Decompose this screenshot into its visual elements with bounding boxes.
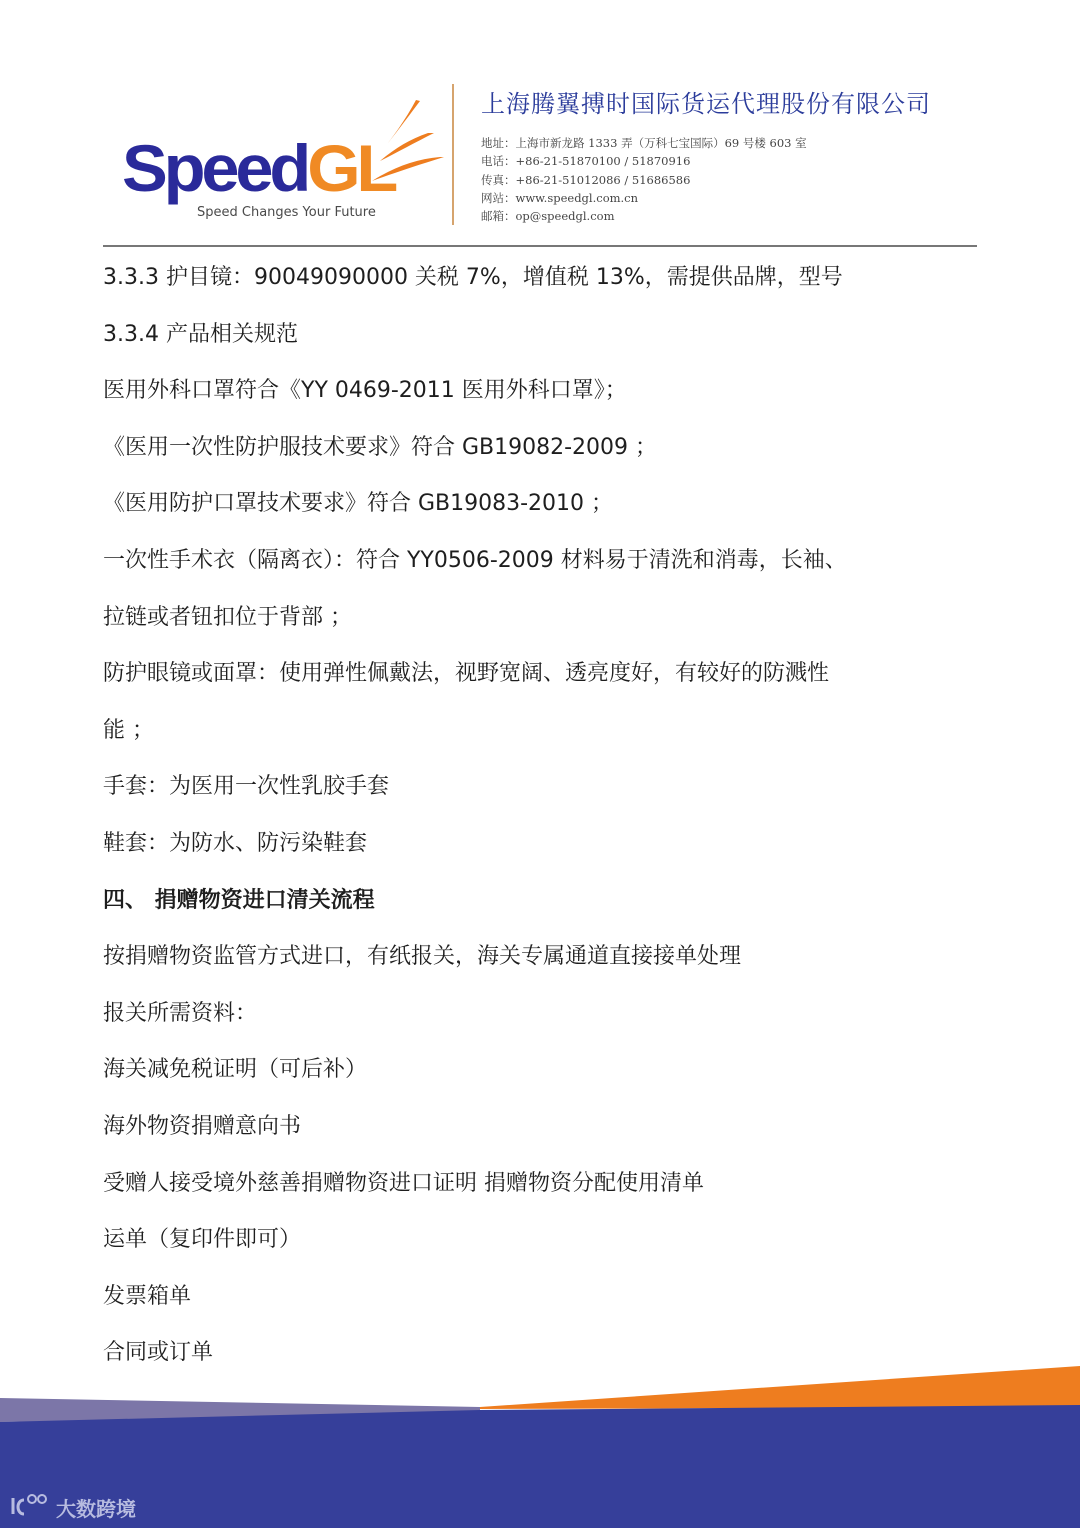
body-line: 《医用一次性防护服技术要求》符合 GB19082-2009 ； — [103, 428, 963, 485]
contact-fax: 传真：+86-21-51012086 / 51686586 — [481, 171, 807, 189]
company-name: 上海腾翼搏时国际货运代理股份有限公司 — [481, 84, 931, 119]
footer-band — [0, 1355, 1080, 1528]
section-line: 海关减免税证明（可后补） — [103, 1050, 963, 1107]
k100-logo-icon — [10, 1492, 50, 1523]
section-line: 报关所需资料： — [103, 994, 963, 1051]
section-line: 运单（复印件即可） — [103, 1220, 963, 1277]
section-line: 按捐赠物资监管方式进口，有纸报关，海关专属通道直接接单处理 — [103, 937, 963, 994]
watermark-text: 大数跨境 — [56, 1493, 136, 1522]
logo-wordmark: SpeedGL — [122, 135, 394, 201]
logo-tagline: Speed Changes Your Future — [197, 205, 376, 220]
document-body: 3.3.3 护目镜：90049090000 关税 7%，增值税 13%，需提供品… — [103, 258, 963, 1390]
section-line: 海外物资捐赠意向书 — [103, 1107, 963, 1164]
section-line: 发票箱单 — [103, 1277, 963, 1334]
header-rule — [103, 245, 977, 247]
header-divider — [452, 84, 454, 225]
body-line: 能 ； — [103, 711, 963, 768]
body-line: 3.3.3 护目镜：90049090000 关税 7%，增值税 13%，需提供品… — [103, 258, 963, 315]
contact-website: 网站：www.speedgl.com.cn — [481, 189, 807, 207]
section-heading: 四、 捐赠物资进口清关流程 — [103, 881, 963, 938]
body-line: 医用外科口罩符合《YY 0469-2011 医用外科口罩》； — [103, 371, 963, 428]
body-line: 手套：为医用一次性乳胶手套 — [103, 767, 963, 824]
body-line: 拉链或者钮扣位于背部 ； — [103, 598, 963, 655]
section-line: 受赠人接受境外慈善捐赠物资进口证明 捐赠物资分配使用清单 — [103, 1164, 963, 1221]
body-line: 3.3.4 产品相关规范 — [103, 315, 963, 372]
body-line: 《医用防护口罩技术要求》符合 GB19083-2010 ； — [103, 484, 963, 541]
contact-block: 地址：上海市新龙路 1333 弄（万科七宝国际）69 号楼 603 室 电话：+… — [481, 134, 807, 225]
body-line: 防护眼镜或面罩：使用弹性佩戴法，视野宽阔、透亮度好，有较好的防溅性 — [103, 654, 963, 711]
body-line: 鞋套：为防水、防污染鞋套 — [103, 824, 963, 881]
contact-email: 邮箱：op@speedgl.com — [481, 207, 807, 225]
watermark: 大数跨境 — [10, 1490, 136, 1524]
speedgl-logo: SpeedGL Speed Changes Your Future — [118, 95, 448, 230]
body-line: 一次性手术衣（隔离衣）：符合 YY0506-2009 材料易于清洗和消毒，长袖、 — [103, 541, 963, 598]
contact-address: 地址：上海市新龙路 1333 弄（万科七宝国际）69 号楼 603 室 — [481, 134, 807, 152]
contact-phone: 电话：+86-21-51870100 / 51870916 — [481, 152, 807, 170]
